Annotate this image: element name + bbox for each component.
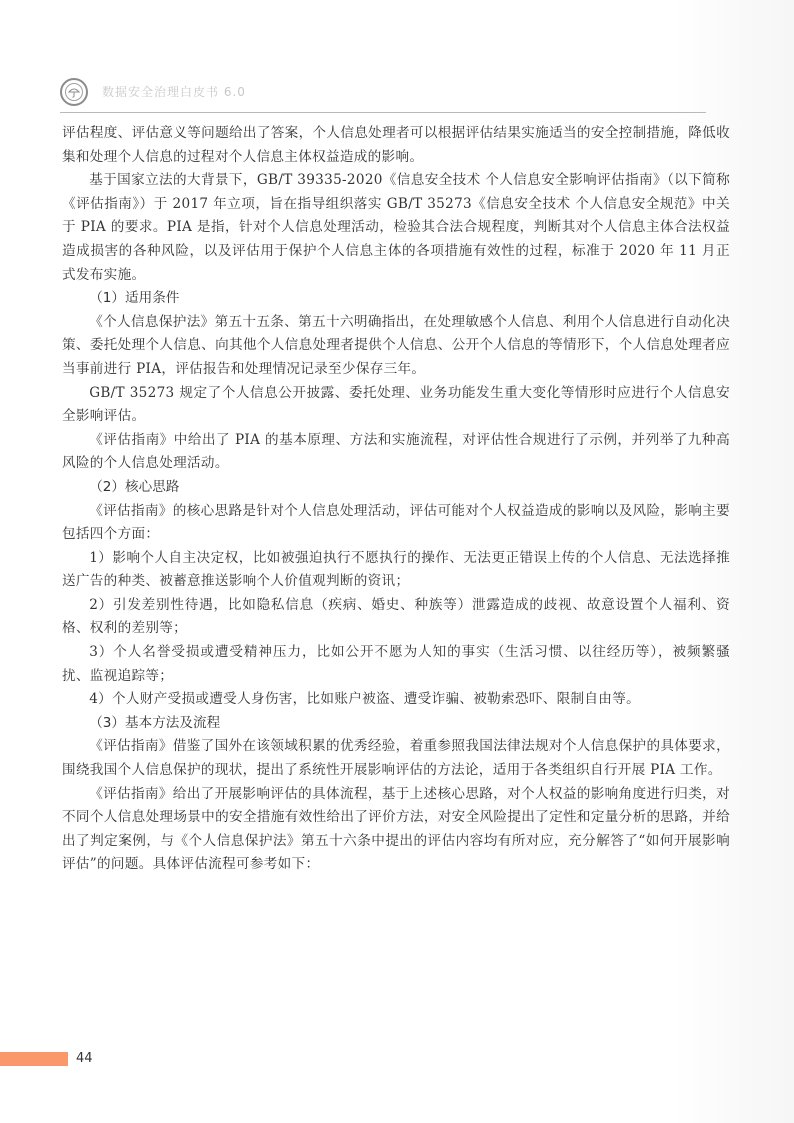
- paragraph: 《评估指南》的核心思路是针对个人信息处理活动，评估可能对个人权益造成的影响以及风…: [62, 500, 730, 547]
- paragraph: 评估程度、评估意义等问题给出了答案，个人信息处理者可以根据评估结果实施适当的安全…: [62, 122, 730, 169]
- body-text: 评估程度、评估意义等问题给出了答案，个人信息处理者可以根据评估结果实施适当的安全…: [62, 122, 730, 877]
- paragraph: 《个人信息保护法》第五十五条、第五十六明确指出，在处理敏感个人信息、利用个人信息…: [62, 311, 730, 382]
- header-title: 数据安全治理白皮书 6.0: [102, 83, 246, 100]
- paragraph: 《评估指南》中给出了 PIA 的基本原理、方法和实施流程，对评估性合规进行了示例…: [62, 429, 730, 476]
- list-item: 2）引发差别性待遇，比如隐私信息（疾病、婚史、种族等）泄露造成的歧视、故意设置个…: [62, 594, 730, 641]
- umbrella-seal-icon: [60, 78, 88, 106]
- page-number: 44: [76, 1051, 93, 1066]
- running-header: 数据安全治理白皮书 6.0: [60, 78, 706, 108]
- list-item: 4）个人财产受损或遭受人身伤害，比如账户被盗、遭受诈骗、被勒索恐吓、限制自由等。: [62, 688, 730, 712]
- section-heading: （3）基本方法及流程: [62, 712, 730, 736]
- paragraph: 基于国家立法的大背景下，GB/T 39335-2020《信息安全技术 个人信息安…: [62, 169, 730, 287]
- umbrella-icon: [68, 86, 80, 98]
- paragraph: 《评估指南》给出了开展影响评估的具体流程，基于上述核心思路，对个人权益的影响角度…: [62, 783, 730, 877]
- footer-accent-bar: [0, 1052, 68, 1066]
- paragraph: GB/T 35273 规定了个人信息公开披露、委托处理、业务功能发生重大变化等情…: [62, 382, 730, 429]
- list-item: 3）个人名誉受损或遭受精神压力，比如公开不愿为人知的事实（生活习惯、以往经历等）…: [62, 641, 730, 688]
- section-heading: （2）核心思路: [62, 476, 730, 500]
- header-divider: [60, 112, 706, 113]
- section-heading: （1）适用条件: [62, 287, 730, 311]
- paragraph: 《评估指南》借鉴了国外在该领域积累的优秀经验，着重参照我国法律法规对个人信息保护…: [62, 735, 730, 782]
- list-item: 1）影响个人自主决定权，比如被强迫执行不愿执行的操作、无法更正错误上传的个人信息…: [62, 547, 730, 594]
